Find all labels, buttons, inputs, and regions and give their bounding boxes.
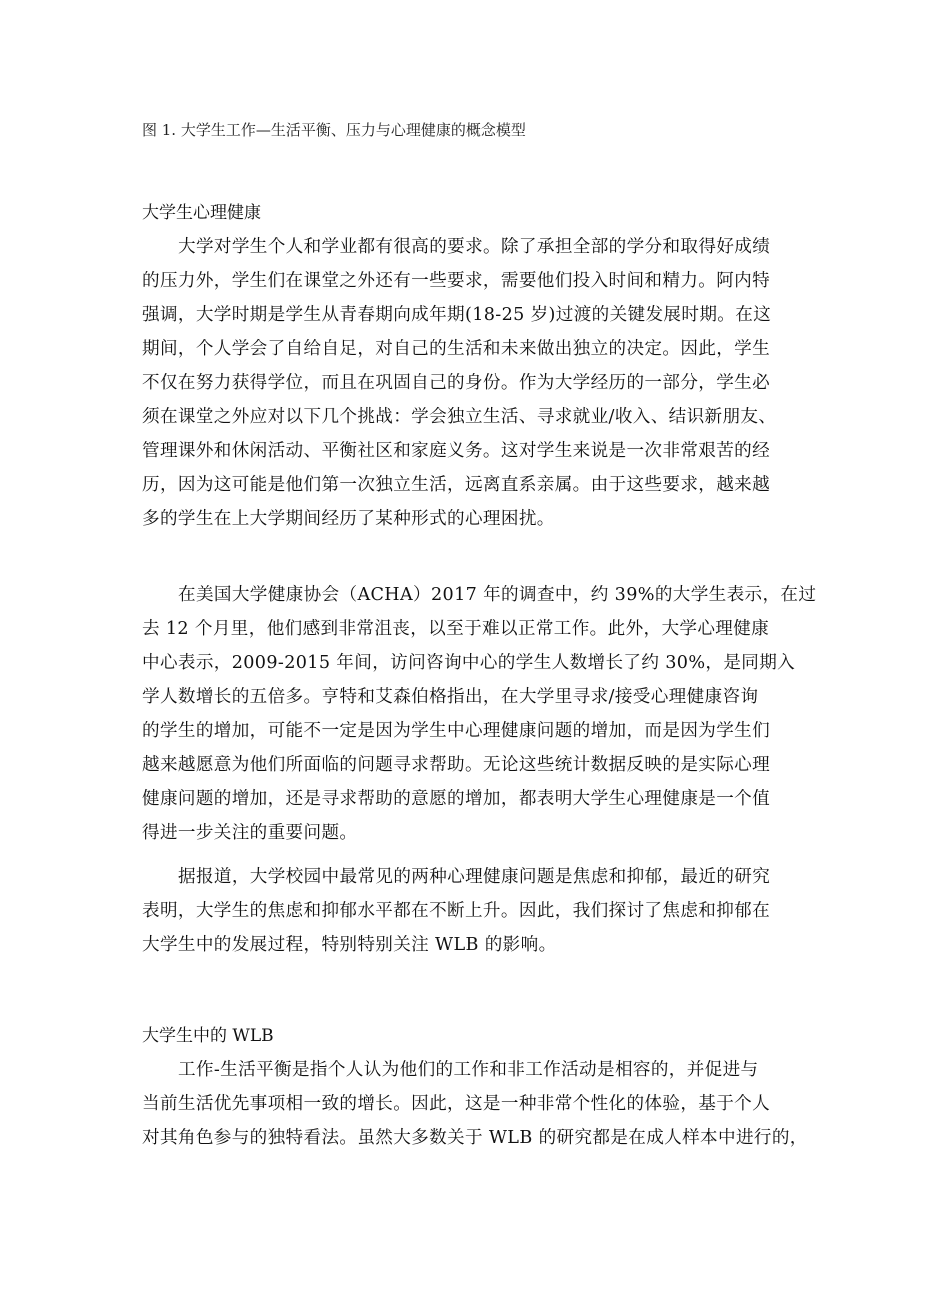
text-line: 据报道，大学校园中最常见的两种心理健康问题是焦虑和抑郁，最近的研究 [142, 860, 792, 894]
text-line: 表明，大学生的焦虑和抑郁水平都在不断上升。因此，我们探讨了焦虑和抑郁在 [142, 894, 792, 928]
text-line: 在美国大学健康协会（ACHA）2017 年的调查中，约 39%的大学生表示，在过 [142, 578, 792, 612]
text-line: 大学生中的发展过程，特别特别关注 WLB 的影响。 [142, 928, 792, 962]
text-line: 学人数增长的五倍多。亨特和艾森伯格指出，在大学里寻求/接受心理健康咨询 [142, 680, 792, 714]
paragraph: 大学对学生个人和学业都有很高的要求。除了承担全部的学分和取得好成绩 的压力外，学… [142, 230, 792, 536]
figure-caption: 图 1. 大学生工作—生活平衡、压力与心理健康的概念模型 [142, 120, 526, 140]
text-line: 大学对学生个人和学业都有很高的要求。除了承担全部的学分和取得好成绩 [142, 230, 792, 264]
text-line: 管理课外和休闲活动、平衡社区和家庭义务。这对学生来说是一次非常艰苦的经 [142, 434, 792, 468]
text-line: 多的学生在上大学期间经历了某种形式的心理困扰。 [142, 502, 792, 536]
text-line: 去 12 个月里，他们感到非常沮丧，以至于难以正常工作。此外，大学心理健康 [142, 612, 792, 646]
text-line: 对其角色参与的独特看法。虽然大多数关于 WLB 的研究都是在成人样本中进行的， [142, 1121, 792, 1155]
text-line: 当前生活优先事项相一致的增长。因此，这是一种非常个性化的体验，基于个人 [142, 1087, 792, 1121]
text-line: 健康问题的增加，还是寻求帮助的意愿的增加，都表明大学生心理健康是一个值 [142, 782, 792, 816]
text-line: 不仅在努力获得学位，而且在巩固自己的身份。作为大学经历的一部分，学生必 [142, 366, 792, 400]
text-line: 中心表示，2009-2015 年间，访问咨询中心的学生人数增长了约 30%，是同… [142, 646, 792, 680]
section-heading-mental-health: 大学生心理健康 [142, 202, 261, 224]
text-line: 工作-生活平衡是指个人认为他们的工作和非工作活动是相容的，并促进与 [142, 1053, 792, 1087]
paragraph: 在美国大学健康协会（ACHA）2017 年的调查中，约 39%的大学生表示，在过… [142, 578, 792, 850]
text-line: 强调，大学时期是学生从青春期向成年期(18-25 岁)过渡的关键发展时期。在这 [142, 298, 792, 332]
section-heading-wlb: 大学生中的 WLB [142, 1025, 274, 1047]
document-page: 图 1. 大学生工作—生活平衡、压力与心理健康的概念模型 大学生心理健康 大学对… [0, 0, 925, 1309]
text-line: 的压力外，学生们在课堂之外还有一些要求，需要他们投入时间和精力。阿内特 [142, 264, 792, 298]
text-line: 历，因为这可能是他们第一次独立生活，远离直系亲属。由于这些要求，越来越 [142, 468, 792, 502]
text-line: 的学生的增加，可能不一定是因为学生中心理健康问题的增加，而是因为学生们 [142, 714, 792, 748]
text-line: 须在课堂之外应对以下几个挑战：学会独立生活、寻求就业/收入、结识新朋友、 [142, 400, 792, 434]
text-line: 得进一步关注的重要问题。 [142, 816, 792, 850]
paragraph: 工作-生活平衡是指个人认为他们的工作和非工作活动是相容的，并促进与 当前生活优先… [142, 1053, 792, 1155]
paragraph: 据报道，大学校园中最常见的两种心理健康问题是焦虑和抑郁，最近的研究 表明，大学生… [142, 860, 792, 962]
text-line: 期间，个人学会了自给自足，对自己的生活和未来做出独立的决定。因此，学生 [142, 332, 792, 366]
text-line: 越来越愿意为他们所面临的问题寻求帮助。无论这些统计数据反映的是实际心理 [142, 748, 792, 782]
